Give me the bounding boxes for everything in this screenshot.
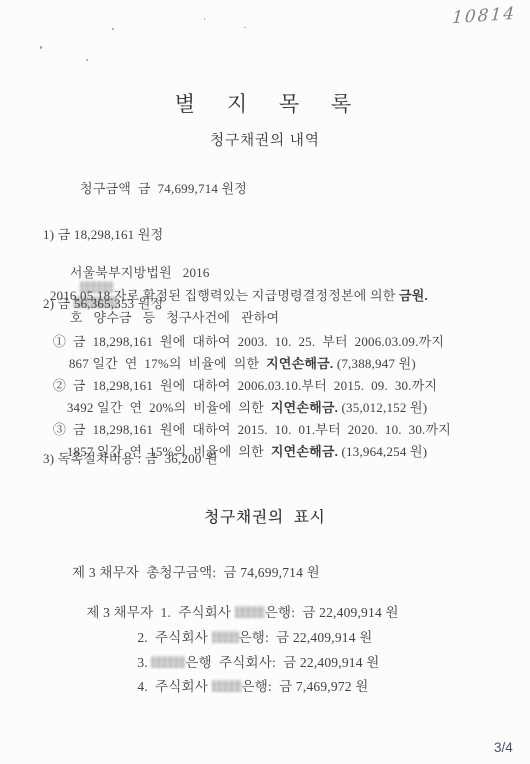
- interest-item-3-amount: (13,964,254 원): [338, 444, 427, 459]
- scanned-document-page: 10814 별 지 목 록 청구채권의 내역 청구금액 금 74,699,714…: [0, 0, 530, 764]
- handwritten-filing-number: 10814: [451, 4, 516, 29]
- redacted-bank-name-4: [212, 680, 242, 692]
- page-number: 3/4: [494, 740, 513, 755]
- scan-speck: [204, 18, 205, 20]
- scan-speck: [112, 28, 114, 30]
- item1-amount-line: 1) 금 18,298,161 원정: [43, 227, 163, 242]
- scan-speck: [86, 59, 88, 61]
- third-debtor-total-line: 제 3 채무자 총청구금액: 금 74,699,714 원: [72, 565, 320, 580]
- interest-item-3-damages-label: 지연손해금.: [271, 444, 338, 459]
- document-subtitle: 청구채권의 내역: [0, 129, 530, 150]
- item3-cost-line: 3) 독촉절차비용 : 금 36,200 원: [43, 451, 218, 466]
- item2-amount-line: 2) 금 56,365,353 원정: [43, 296, 163, 311]
- item1-basis-bold-text: 금원.: [399, 288, 428, 303]
- document-title: 별 지 목 록: [0, 88, 530, 118]
- debtor-4-suffix: 은행: 금 7,469,972 원: [242, 679, 369, 694]
- scan-speck: [244, 27, 246, 28]
- third-debtor-row-4: 4. 주식회사 은행: 금 7,469,972 원: [123, 664, 369, 709]
- debtor-4-prefix: 4. 주식회사: [137, 679, 211, 694]
- claim-total-amount-line: 청구금액 금 74,699,714 원정: [80, 181, 247, 196]
- display-section-heading: 청구채권의 표시: [0, 505, 530, 527]
- scan-speck: [39, 46, 42, 50]
